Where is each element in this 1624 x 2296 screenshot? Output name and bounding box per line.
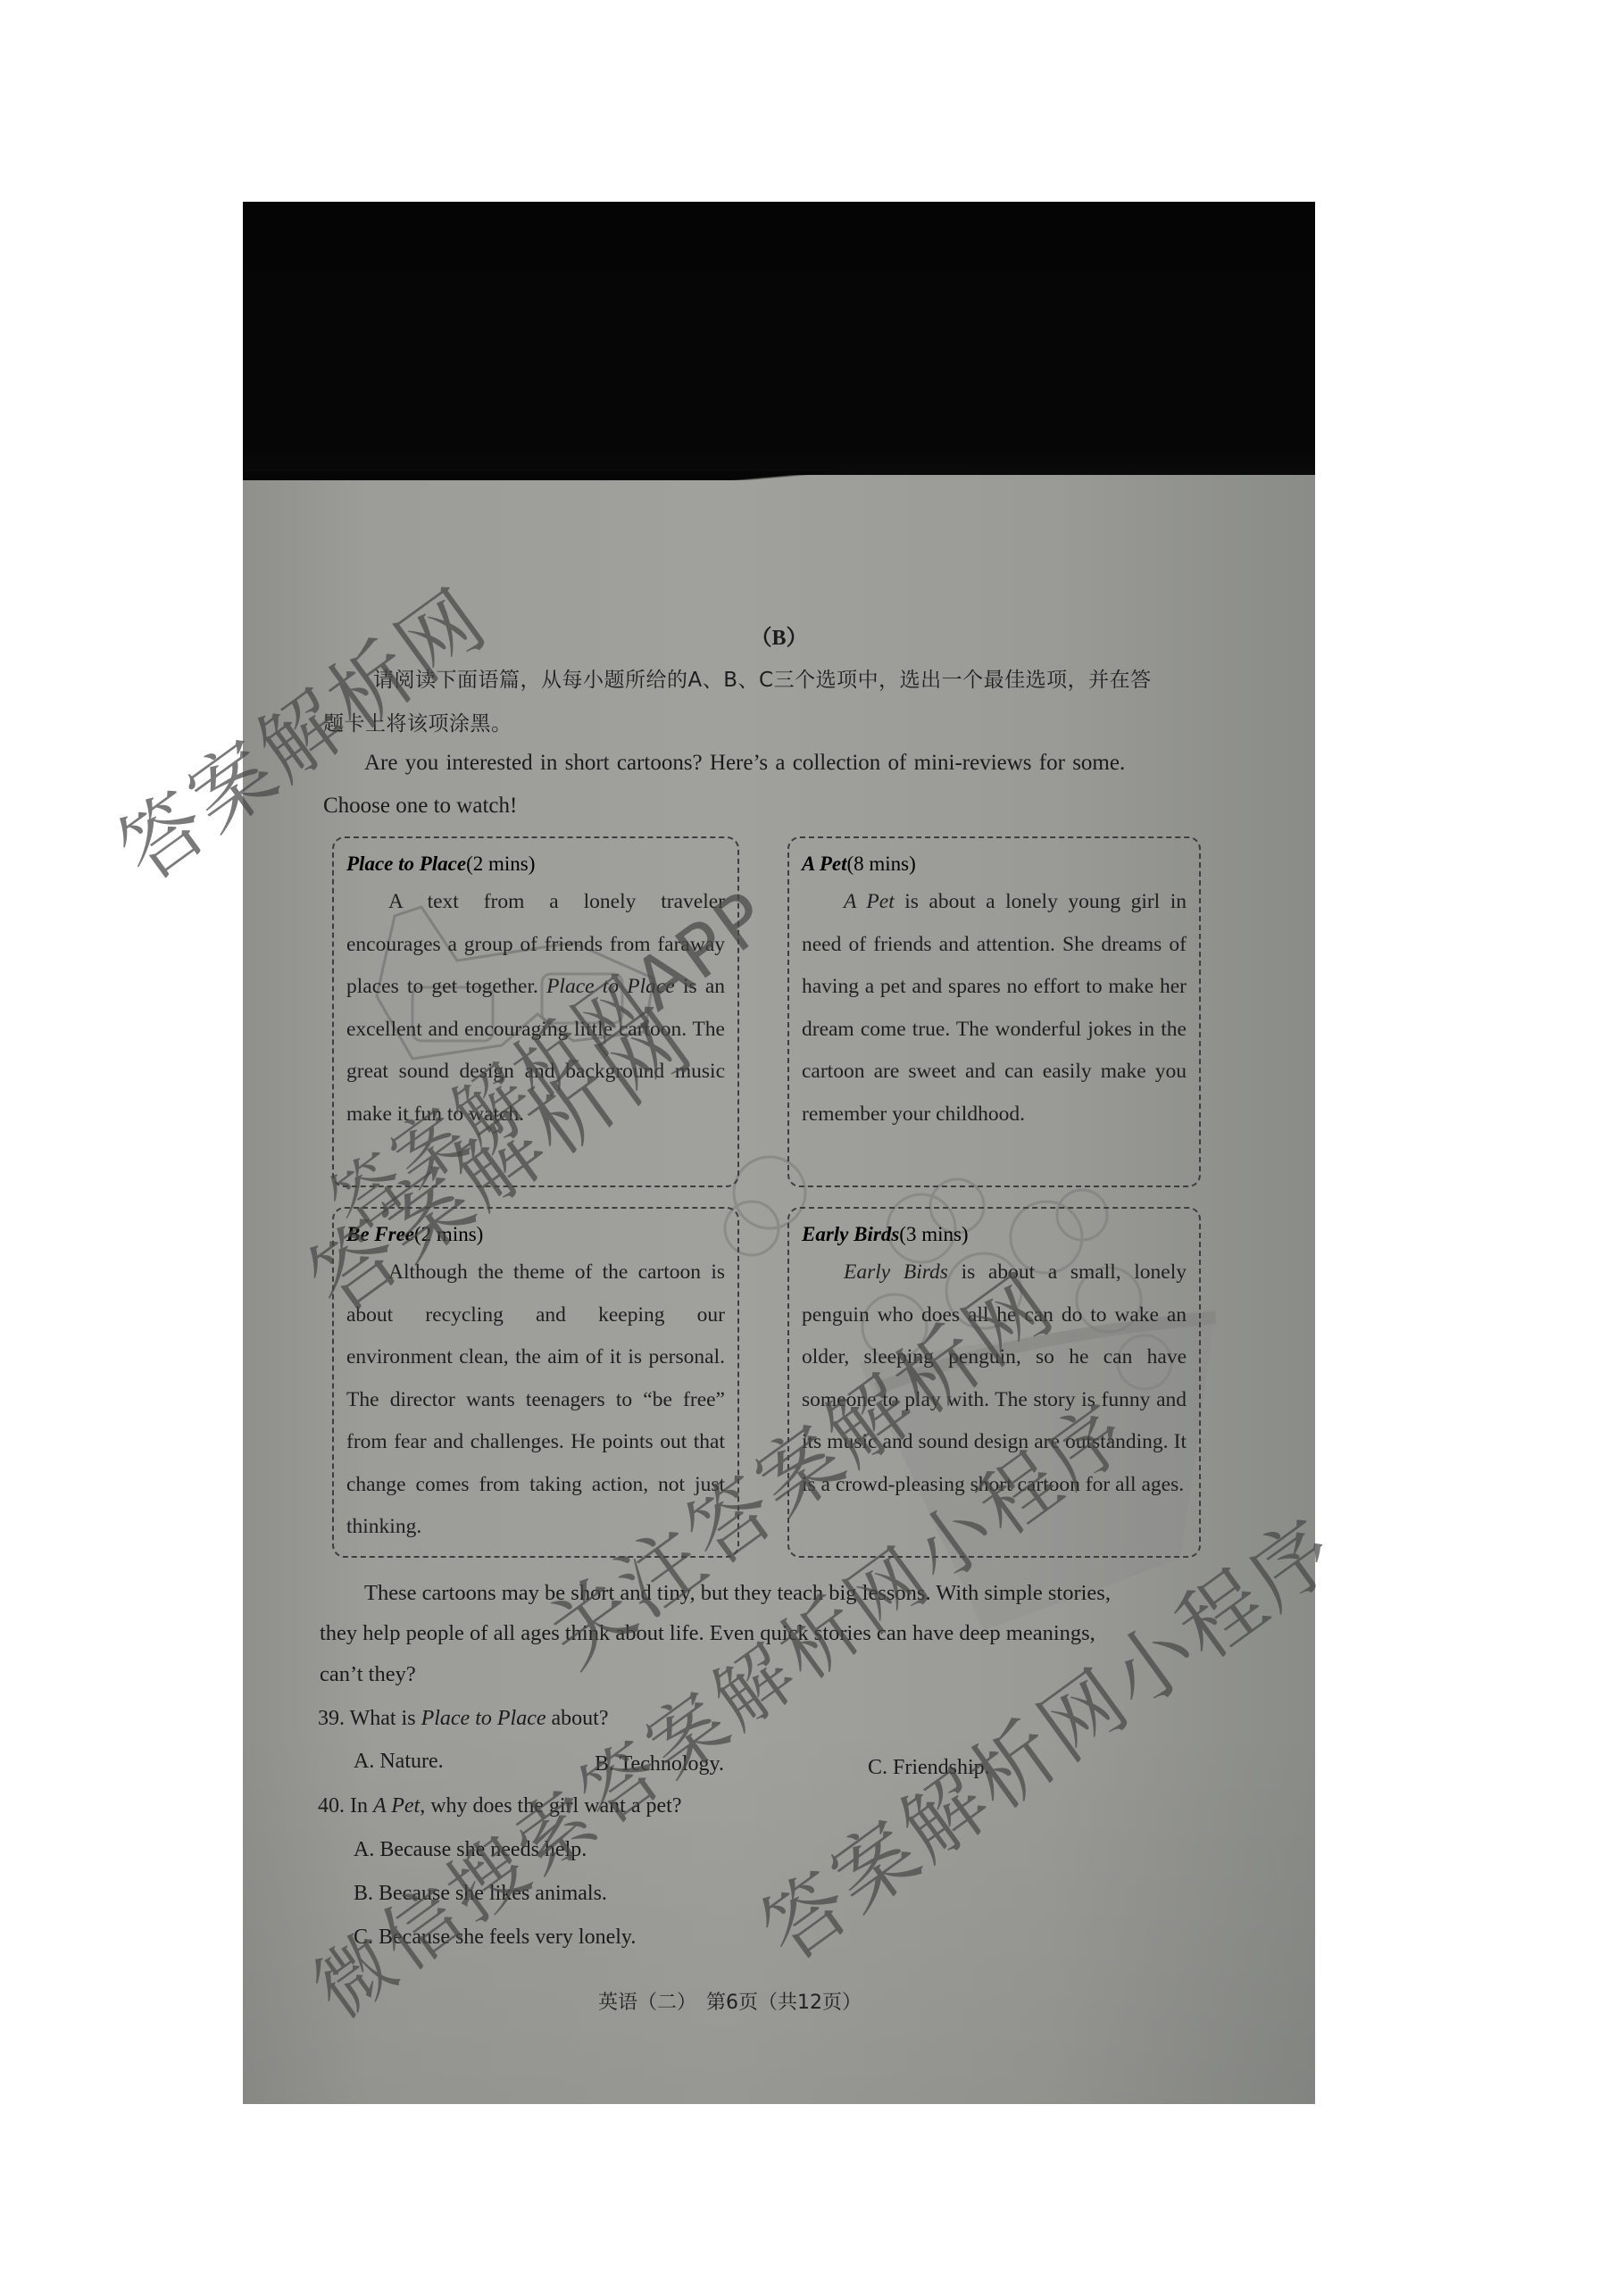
review-title: A Pet(8 mins): [802, 851, 1187, 878]
question-39-option-b[interactable]: B. Technology.: [595, 1752, 724, 1776]
section-label: （B）: [243, 620, 1315, 651]
intro-line-2: Choose one to watch!: [323, 794, 517, 819]
question-39-option-a[interactable]: A. Nature.: [354, 1750, 444, 1774]
review-body: Early Birds is about a small, lonely pen…: [802, 1252, 1187, 1506]
dark-background-strip: [243, 202, 1315, 475]
review-card-be-free: Be Free(2 mins) Although the theme of th…: [332, 1207, 739, 1558]
review-title: Early Birds(3 mins): [802, 1221, 1187, 1248]
review-title: Place to Place(2 mins): [346, 851, 725, 878]
question-40: 40. In A Pet, why does the girl want a p…: [318, 1794, 681, 1818]
review-card-early-birds: Early Birds(3 mins) Early Birds is about…: [787, 1207, 1201, 1558]
instructions-line-1: 请阅读下面语篇，从每小题所给的A、B、C三个选项中，选出一个最佳选项，并在答: [373, 663, 1152, 693]
review-body: A Pet is about a lonely young girl in ne…: [802, 881, 1187, 1136]
closing-line-3: can’t they?: [320, 1662, 416, 1687]
closing-line-2: they help people of all ages think about…: [320, 1621, 1095, 1646]
review-card-a-pet: A Pet(8 mins) A Pet is about a lonely yo…: [787, 836, 1201, 1187]
question-40-option-c[interactable]: C. Because she feels very lonely.: [354, 1926, 636, 1950]
exam-page-photo: （B） 请阅读下面语篇，从每小题所给的A、B、C三个选项中，选出一个最佳选项，并…: [243, 202, 1315, 2104]
page-footer: 英语（二） 第6页（共12页）: [598, 1987, 862, 2015]
question-39-option-c[interactable]: C. Friendship.: [868, 1756, 990, 1780]
review-body: A text from a lonely traveler encourages…: [346, 881, 725, 1136]
question-40-option-b[interactable]: B. Because she likes animals.: [354, 1882, 607, 1906]
intro-line-1: Are you interested in short cartoons? He…: [364, 751, 1125, 776]
instructions-line-2: 题卡上将该项涂黑。: [323, 707, 512, 736]
review-body: Although the theme of the cartoon is abo…: [346, 1252, 725, 1549]
question-40-option-a[interactable]: A. Because she needs help.: [354, 1838, 587, 1862]
closing-line-1: These cartoons may be short and tiny, bu…: [364, 1581, 1111, 1606]
review-card-place-to-place: Place to Place(2 mins) A text from a lon…: [332, 836, 739, 1187]
review-title: Be Free(2 mins): [346, 1221, 725, 1248]
question-39: 39. What is Place to Place about?: [318, 1707, 608, 1731]
